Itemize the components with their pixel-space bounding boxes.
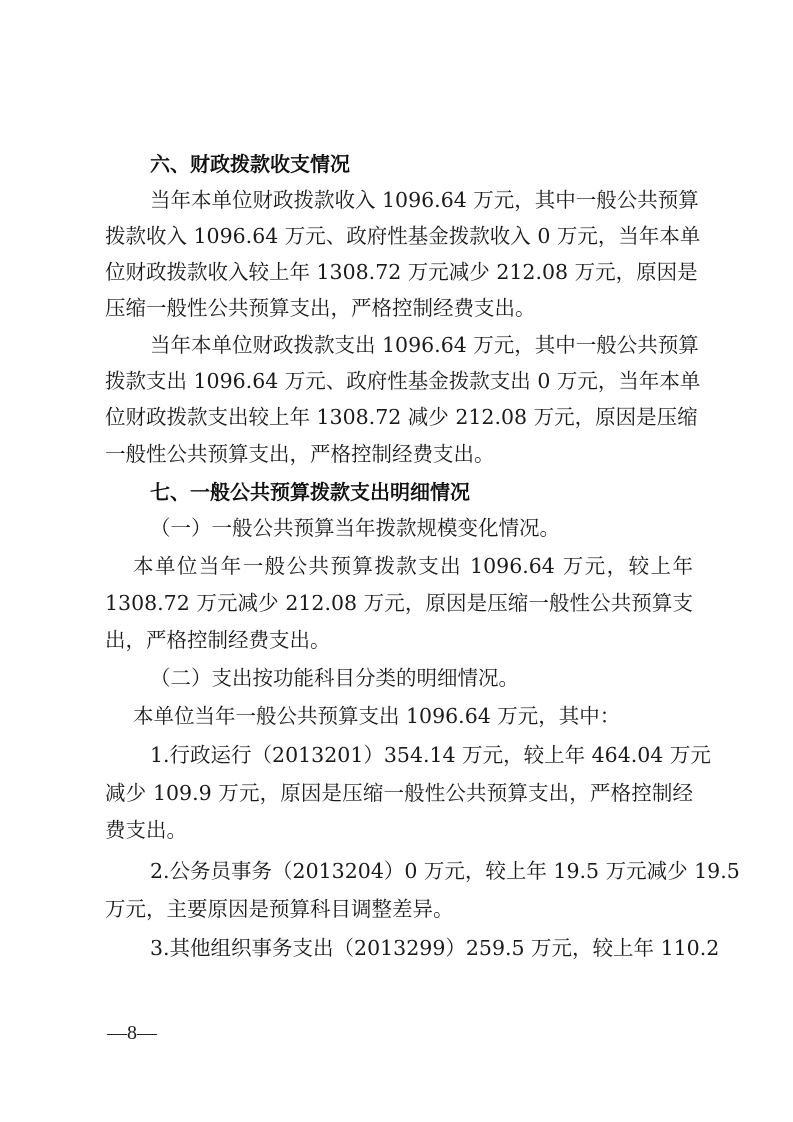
paragraph-line: 位财政拨款收入较上年 1308.72 万元减少 212.08 万元，原因是 [105, 258, 693, 286]
list-item-line: 1.行政运行（2013201）354.14 万元，较上年 464.04 万元 [150, 741, 693, 769]
paragraph-line: 当年本单位财政拨款支出 1096.64 万元，其中一般公共预算 [150, 331, 693, 359]
list-item-line: 3.其他组织事务支出（2013299）259.5 万元，较上年 110.2 [150, 934, 693, 962]
list-item-line: 减少 109.9 万元，原因是压缩一般性公共预算支出，严格控制经 [105, 779, 693, 807]
paragraph-line: 拨款收入 1096.64 万元、政府性基金拨款收入 0 万元，当年本单 [105, 222, 693, 250]
page-number: —8— [107, 1022, 157, 1045]
list-item-line: 万元，主要原因是预算科目调整差异。 [105, 895, 693, 923]
section-heading-general-budget-detail: 七、一般公共预算拨款支出明细情况 [150, 478, 470, 506]
document-page: 六、财政拨款收支情况 当年本单位财政拨款收入 1096.64 万元，其中一般公共… [0, 0, 793, 1122]
paragraph-line: 1308.72 万元减少 212.08 万元，原因是压缩一般性公共预算支 [105, 589, 693, 617]
paragraph-line: 压缩一般性公共预算支出，严格控制经费支出。 [105, 294, 693, 322]
subsection-title: （二）支出按功能科目分类的明细情况。 [150, 664, 693, 692]
paragraph-line: 位财政拨款支出较上年 1308.72 减少 212.08 万元，原因是压缩 [105, 403, 693, 431]
paragraph-line: 出，严格控制经费支出。 [105, 626, 693, 654]
paragraph-line: 一般性公共预算支出，严格控制经费支出。 [105, 440, 693, 468]
subsection-title: （一）一般公共预算当年拨款规模变化情况。 [150, 514, 693, 542]
list-item-line: 2.公务员事务（2013204）0 万元，较上年 19.5 万元减少 19.5 [150, 857, 693, 885]
section-heading-fiscal-appropriation: 六、财政拨款收支情况 [150, 150, 350, 178]
paragraph-line: 拨款支出 1096.64 万元、政府性基金拨款支出 0 万元，当年本单 [105, 367, 693, 395]
list-item-line: 费支出。 [105, 816, 693, 844]
paragraph-line: 本单位当年一般公共预算拨款支出 1096.64 万元，较上年 [133, 552, 693, 580]
paragraph-line: 本单位当年一般公共预算支出 1096.64 万元，其中： [133, 702, 693, 730]
paragraph-line: 当年本单位财政拨款收入 1096.64 万元，其中一般公共预算 [150, 186, 693, 214]
